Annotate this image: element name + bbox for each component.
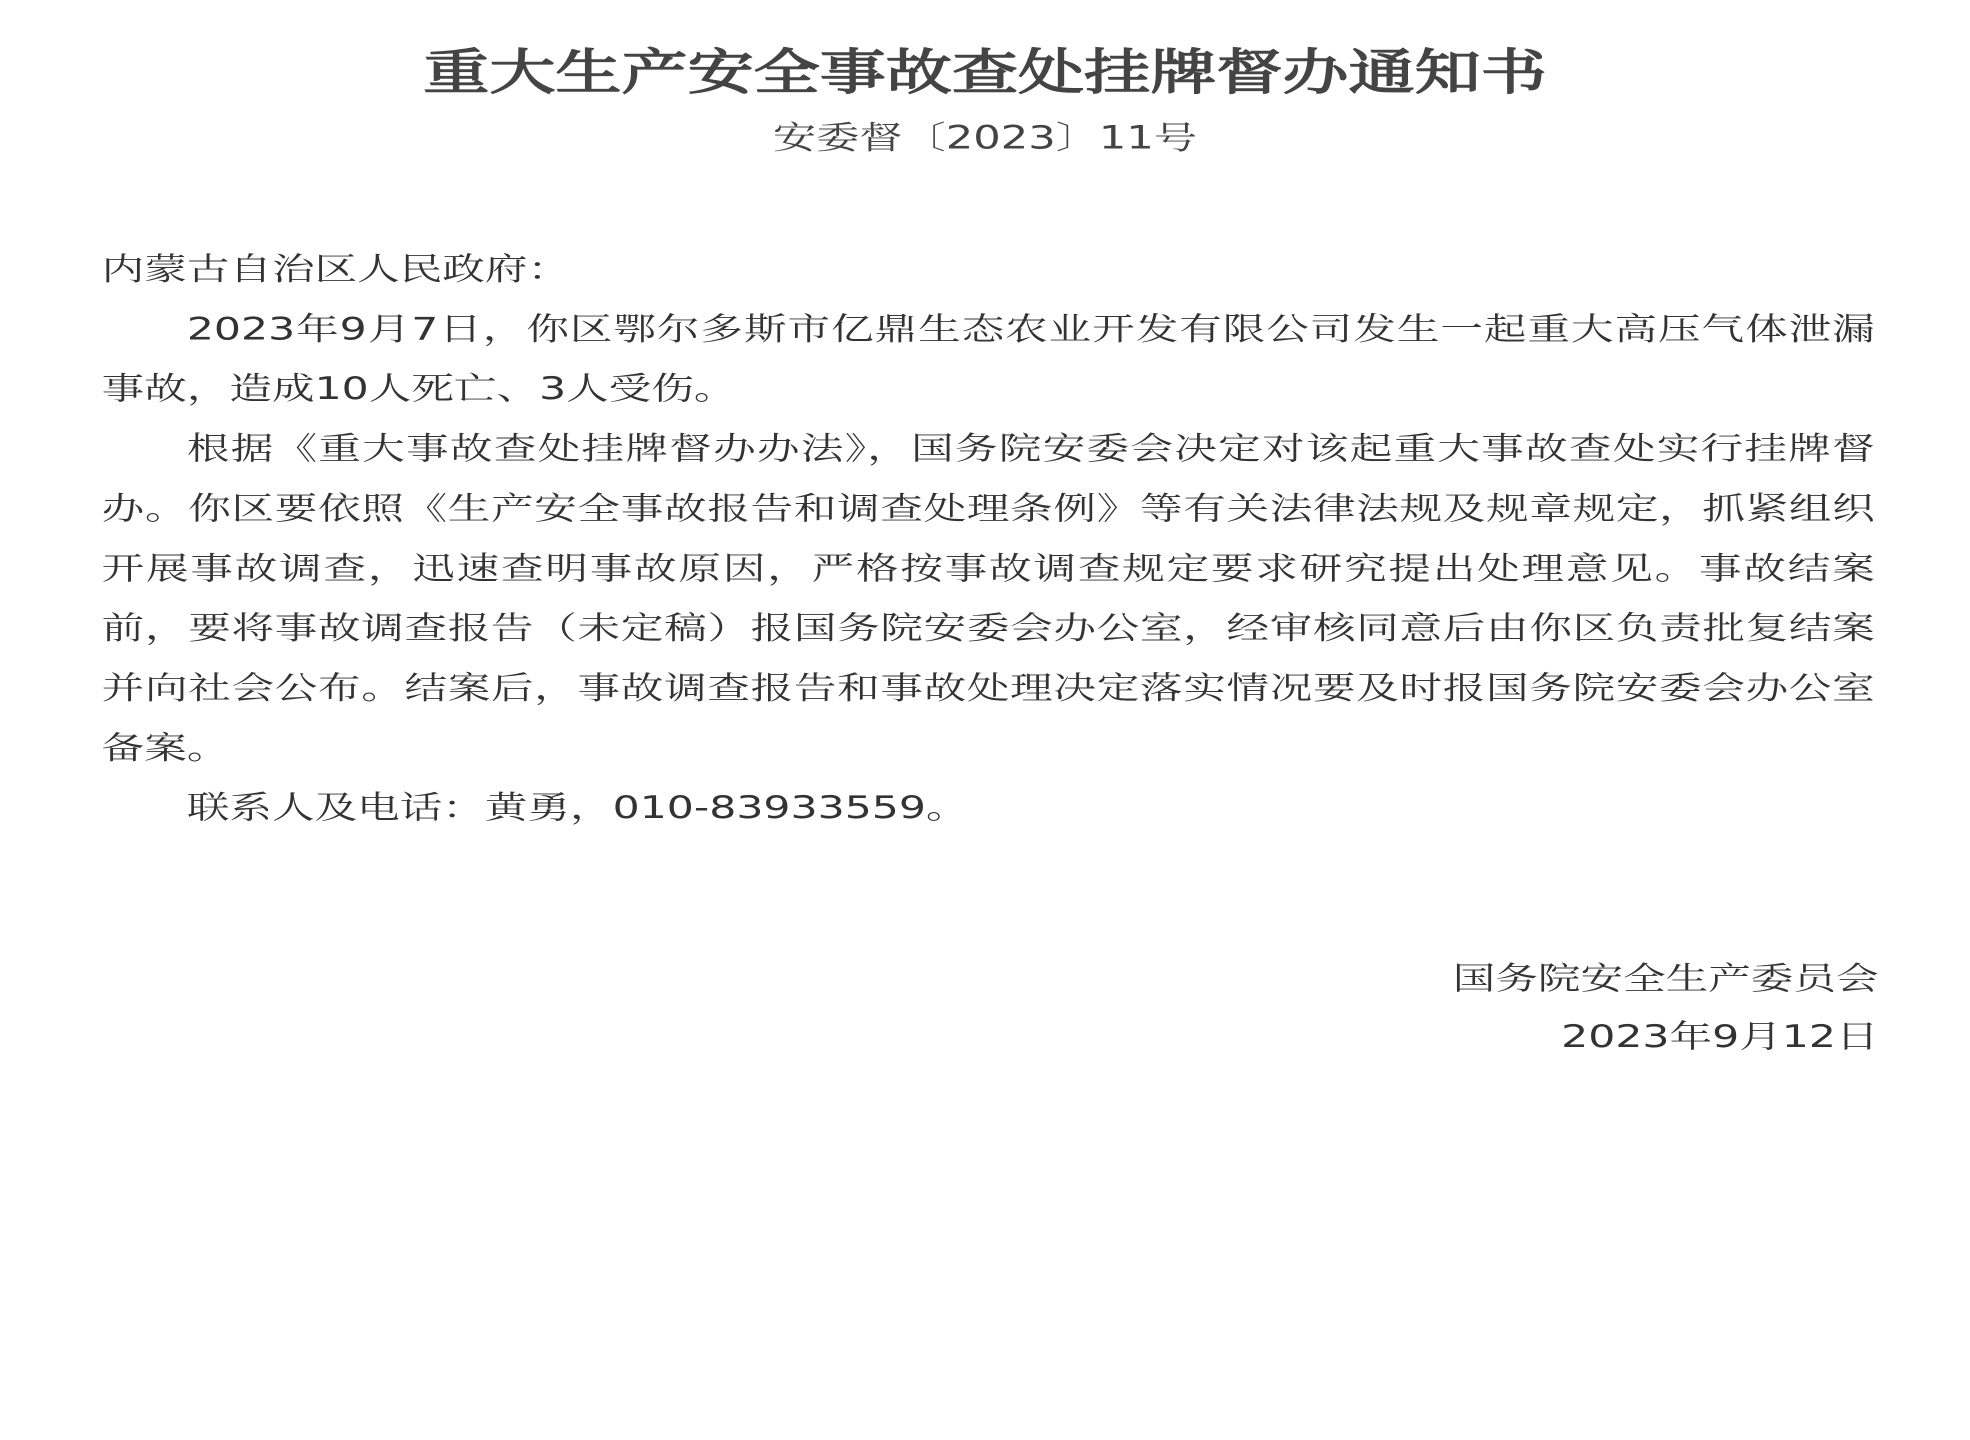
- addressee: 内蒙古自治区人民政府：: [102, 239, 1875, 299]
- document-number: 安委督〔2023〕11号: [0, 120, 1970, 157]
- paragraph-directive: 根据《重大事故查处挂牌督办办法》，国务院安委会决定对该起重大事故查处实行挂牌督办…: [102, 419, 1875, 778]
- issue-date: 2023年9月12日: [1453, 1008, 1879, 1066]
- document-title: 重大生产安全事故查处挂牌督办通知书: [0, 45, 1970, 101]
- issuer-name: 国务院安全生产委员会: [1453, 950, 1879, 1008]
- paragraph-contact: 联系人及电话：黄勇，010-83933559。: [102, 778, 1875, 838]
- signature-block: 国务院安全生产委员会 2023年9月12日: [1453, 950, 1879, 1066]
- paragraph-incident: 2023年9月7日，你区鄂尔多斯市亿鼎生态农业开发有限公司发生一起重大高压气体泄…: [102, 299, 1875, 419]
- document-body: 内蒙古自治区人民政府： 2023年9月7日，你区鄂尔多斯市亿鼎生态农业开发有限公…: [102, 239, 1875, 837]
- notice-document: 重大生产安全事故查处挂牌督办通知书 安委督〔2023〕11号 内蒙古自治区人民政…: [0, 0, 1970, 1440]
